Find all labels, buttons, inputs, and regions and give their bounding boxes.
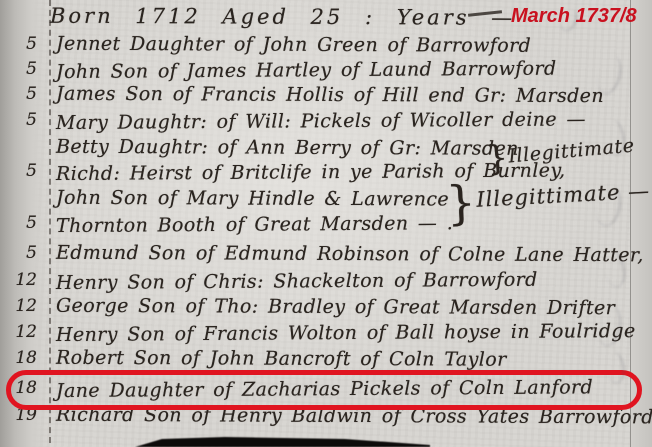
entry-margin-number: 5 [0, 110, 44, 130]
entry-margin-number: 12 [0, 322, 44, 342]
ink-smudge [0, 436, 652, 447]
entry-text: Henry Son of Francis Wolton of Ball hoys… [56, 320, 640, 346]
entry-text: Jennet Daughter of John Green of Barrowf… [56, 33, 640, 58]
register-entry-row: 12 Henry Son of Chris: Shackelton of Bar… [0, 270, 640, 294]
entry-text: James Son of Francis Hollis of Hill end … [56, 83, 640, 108]
register-entry-row: 5 Edmund Son of Edmund Robinson of Colne… [0, 243, 640, 267]
entry-text: Henry Son of Chris: Shackelton of Barrow… [56, 268, 640, 294]
register-entry-row: 5 Jennet Daughter of John Green of Barro… [0, 34, 640, 58]
entry-margin-number: 5 [0, 59, 44, 79]
entry-text: Robert Son of John Bancroft of Coln Tayl… [56, 347, 640, 372]
register-entry-row: 5 Mary Daughtr: of Will: Pickels of Wico… [0, 110, 640, 134]
register-entry-row: 5 Richd: Heirst of Britclife in ye Paris… [0, 161, 640, 185]
entry-text: Edmund Son of Edmund Robinson of Colne L… [56, 242, 640, 267]
parish-register-scan: Born 1712 Aged 25 : Years — 5 Jennet Dau… [0, 0, 652, 447]
entry-margin-number: 5 [0, 243, 44, 263]
register-entry-row: 5 John Son of James Hartley of Laund Bar… [0, 59, 640, 83]
register-entry-row: 5 James Son of Francis Hollis of Hill en… [0, 84, 640, 108]
highlight-box [6, 370, 642, 410]
entry-text: Thornton Booth of Great Marsden — . [56, 211, 640, 237]
entry-margin-number: 5 [0, 84, 44, 104]
register-entry-row: 5 Thornton Booth of Great Marsden — . [0, 213, 640, 237]
entry-text: Mary Daughtr: of Will: Pickels of Wicoll… [56, 108, 640, 134]
entry-text: George Son of Tho: Bradley of Great Mars… [56, 295, 640, 320]
register-entry-row: 18 Robert Son of John Bancroft of Coln T… [0, 348, 640, 372]
entry-margin-number: 5 [0, 213, 44, 233]
register-entry-row: 12 Henry Son of Francis Wolton of Ball h… [0, 322, 640, 346]
entry-text: John Son of James Hartley of Laund Barro… [56, 57, 640, 83]
entry-margin-number: 12 [0, 270, 44, 290]
entry-margin-number: 12 [0, 296, 44, 316]
brace-mark: } [446, 201, 476, 203]
entry-margin-number: 18 [0, 348, 44, 368]
brace-mark: } [486, 158, 508, 160]
entry-margin-number: 5 [0, 161, 44, 181]
register-entry-row: 12 George Son of Tho: Bradley of Great M… [0, 296, 640, 320]
entry-margin-number: 5 [0, 34, 44, 54]
